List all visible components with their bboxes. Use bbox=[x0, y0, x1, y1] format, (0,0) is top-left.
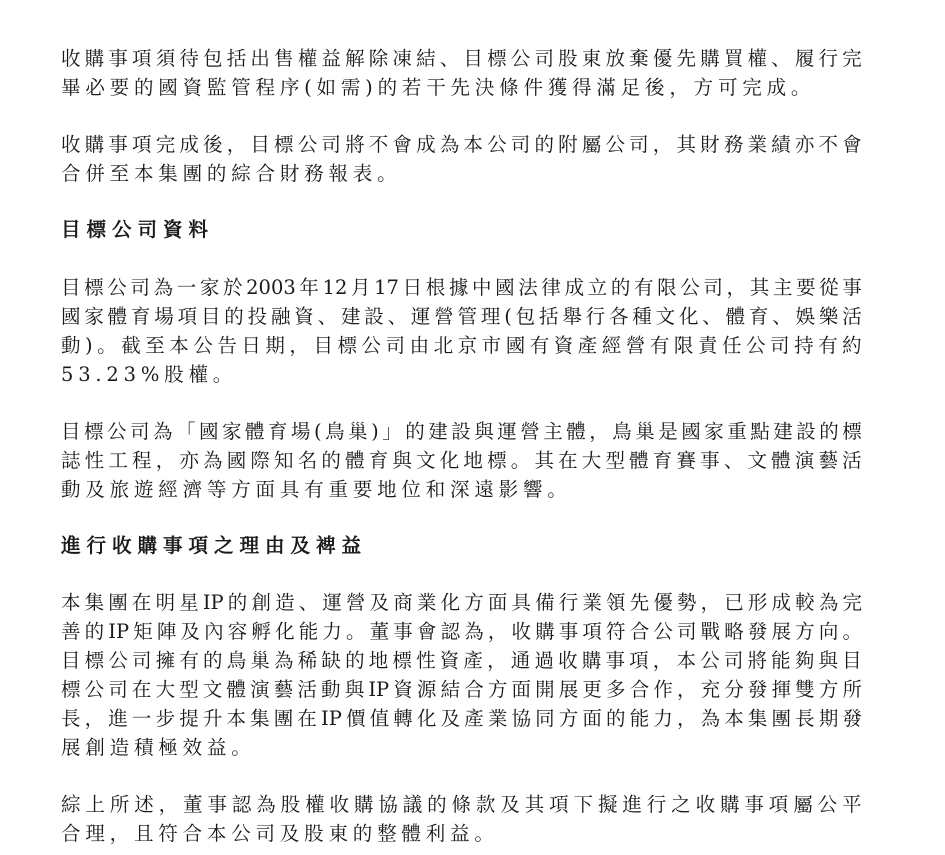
section-target-company: 目標公司資料 bbox=[61, 215, 862, 244]
text-line: 展創造積極效益。 bbox=[61, 733, 862, 762]
text-line: 長，進一步提升本集團在IP價值轉化及產業協同方面的能力，為本集團長期發 bbox=[61, 704, 862, 733]
text-line: 53.23%股權。 bbox=[61, 360, 862, 389]
text-line: 標公司在大型文體演藝活動與IP資源結合方面開展更多合作，充分發揮雙方所 bbox=[61, 675, 862, 704]
text-line: 誌性工程，亦為國際知名的體育與文化地標。其在大型體育賽事、文體演藝活 bbox=[61, 446, 862, 475]
section-heading: 目標公司資料 bbox=[61, 215, 862, 244]
section-heading: 進行收購事項之理由及裨益 bbox=[61, 531, 862, 560]
text-line: 合理，且符合本公司及股東的整體利益。 bbox=[61, 819, 862, 848]
paragraph-completion-conditions: 收購事項須待包括出售權益解除凍結、目標公司股東放棄優先購買權、履行完 畢必要的國… bbox=[61, 44, 862, 102]
paragraph-target-company-info: 目標公司為一家於2003年12月17日根據中國法律成立的有限公司，其主要從事 國… bbox=[61, 273, 862, 389]
text-line: 國家體育場項目的投融資、建設、運營管理(包括舉行各種文化、體育、娛樂活 bbox=[61, 302, 862, 331]
paragraph-post-completion: 收購事項完成後，目標公司將不會成為本公司的附屬公司，其財務業績亦不會 合併至本集… bbox=[61, 130, 862, 188]
text-line: 動)。截至本公告日期，目標公司由北京市國有資產經營有限責任公司持有約 bbox=[61, 331, 862, 360]
text-line: 收購事項完成後，目標公司將不會成為本公司的附屬公司，其財務業績亦不會 bbox=[61, 130, 862, 159]
text-line: 目標公司為一家於2003年12月17日根據中國法律成立的有限公司，其主要從事 bbox=[61, 273, 862, 302]
paragraph-conclusion: 綜上所述，董事認為股權收購協議的條款及其項下擬進行之收購事項屬公平 合理，且符合… bbox=[61, 790, 862, 848]
text-line: 合併至本集團的綜合財務報表。 bbox=[61, 159, 862, 188]
text-line: 動及旅遊經濟等方面具有重要地位和深遠影響。 bbox=[61, 475, 862, 504]
text-line: 本集團在明星IP的創造、運營及商業化方面具備行業領先優勢，已形成較為完 bbox=[61, 588, 862, 617]
section-reasons-benefits: 進行收購事項之理由及裨益 bbox=[61, 531, 862, 560]
text-line: 目標公司擁有的鳥巢為稀缺的地標性資產，通過收購事項，本公司將能夠與目 bbox=[61, 646, 862, 675]
paragraph-birds-nest: 目標公司為「國家體育場(鳥巢)」的建設與運營主體，鳥巢是國家重點建設的標 誌性工… bbox=[61, 417, 862, 504]
text-line: 目標公司為「國家體育場(鳥巢)」的建設與運營主體，鳥巢是國家重點建設的標 bbox=[61, 417, 862, 446]
text-line: 收購事項須待包括出售權益解除凍結、目標公司股東放棄優先購買權、履行完 bbox=[61, 44, 862, 73]
text-line: 畢必要的國資監管程序(如需)的若干先決條件獲得滿足後，方可完成。 bbox=[61, 73, 862, 102]
text-line: 綜上所述，董事認為股權收購協議的條款及其項下擬進行之收購事項屬公平 bbox=[61, 790, 862, 819]
paragraph-reasons: 本集團在明星IP的創造、運營及商業化方面具備行業領先優勢，已形成較為完 善的IP… bbox=[61, 588, 862, 762]
text-line: 善的IP矩陣及內容孵化能力。董事會認為，收購事項符合公司戰略發展方向。 bbox=[61, 617, 862, 646]
